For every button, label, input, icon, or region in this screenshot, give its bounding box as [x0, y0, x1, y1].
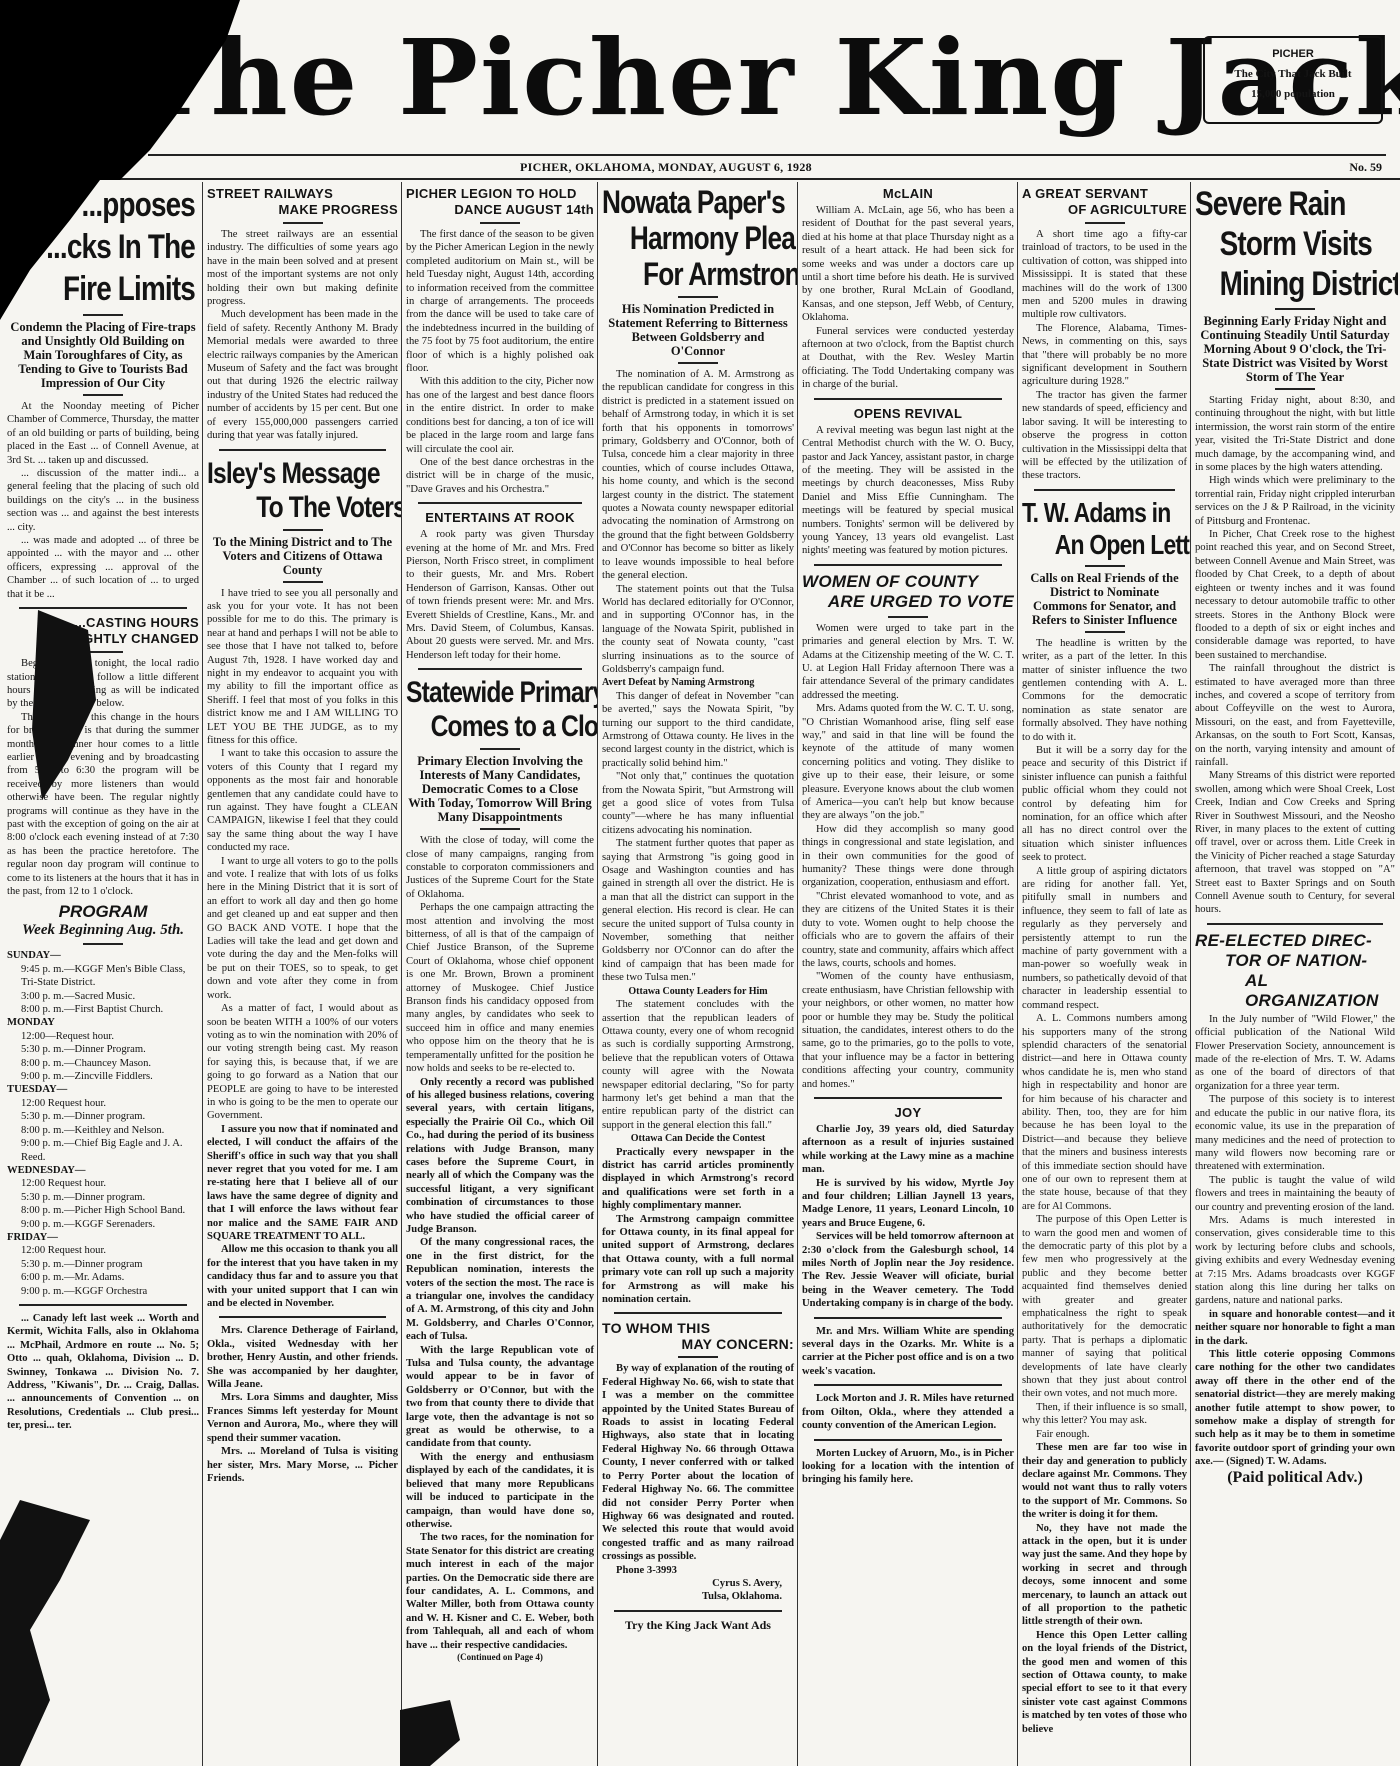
- headline-reelected: RE-ELECTED DIREC- TOR OF NATION- AL ORGA…: [1195, 931, 1395, 1011]
- divider: [814, 1317, 1002, 1319]
- program-day: WEDNESDAY—: [7, 1164, 199, 1177]
- article-canady: ... Canady left last week ... Worth and …: [7, 1312, 199, 1433]
- personals: Mrs. Clarence Detherage of Fairland, Okl…: [207, 1324, 398, 1485]
- divider: [19, 607, 187, 609]
- deck-adams-letter: Calls on Real Friends of the District to…: [1024, 571, 1185, 627]
- divider: [814, 1097, 1002, 1099]
- divider: [814, 1384, 1002, 1386]
- program-event: 5:30 p. m.—Dinner Program.: [7, 1043, 199, 1056]
- dateline: PICHER, OKLAHOMA, MONDAY, AUGUST 6, 1928: [520, 160, 812, 175]
- headline-to-whom: TO WHOM THIS MAY CONCERN:: [602, 1320, 794, 1352]
- program-subtitle: Week Beginning Aug. 5th.: [7, 921, 199, 939]
- article-isley: I have tried to see you all personally a…: [207, 587, 398, 1311]
- article-revival: A revival meeting was begun last night a…: [802, 424, 1014, 558]
- column-rule: [797, 182, 798, 1766]
- program-event: 9:00 p. m.—KGGF Orchestra: [7, 1285, 199, 1298]
- column-rule: [401, 182, 402, 1766]
- headline-legion-dance: PICHER LEGION TO HOLD DANCE AUGUST 14th: [406, 186, 594, 218]
- program-event: 9:45 p. m.—KGGF Men's Bible Class, Tri-S…: [7, 963, 199, 990]
- headline-mclain: McLAIN: [802, 186, 1014, 202]
- newspaper-page: The Picher King Jack PICHER The City Tha…: [0, 0, 1400, 1766]
- divider: [1085, 631, 1125, 633]
- divider: [1275, 388, 1315, 390]
- divider: [83, 314, 123, 316]
- program-event: 12:00 Request hour.: [7, 1244, 199, 1257]
- column-rule: [1017, 182, 1018, 1766]
- ear-slogan: The City That Jack Built: [1205, 64, 1381, 84]
- headline-revival: OPENS REVIVAL: [802, 406, 1014, 422]
- divider: [678, 296, 718, 298]
- article-nowata: The nomination of A. M. Armstrong as the…: [602, 368, 794, 1306]
- article-to-whom: By way of explanation of the routing of …: [602, 1362, 794, 1603]
- divider: [480, 222, 520, 224]
- want-ads-promo: Try the King Jack Want Ads: [602, 1618, 794, 1633]
- program-event: 3:00 p. m.—Sacred Music.: [7, 990, 199, 1003]
- article-rook: A rook party was given Thursday evening …: [406, 528, 594, 662]
- article-legion-dance: The first dance of the season to be give…: [406, 228, 594, 496]
- headline-women-vote: WOMEN OF COUNTY ARE URGED TO VOTE: [802, 572, 1014, 612]
- program-event: 8:00 p. m.—First Baptist Church.: [7, 1003, 199, 1016]
- divider: [480, 748, 520, 750]
- divider: [1207, 923, 1383, 925]
- divider: [614, 1312, 782, 1314]
- program-event: 9:00 p. m.—Zincville Fiddlers.: [7, 1070, 199, 1083]
- deck-fire-limits: Condemn the Placing of Fire-traps and Un…: [9, 320, 197, 390]
- article-women-vote: Women were urged to take part in the pri…: [802, 622, 1014, 1091]
- divider: [1085, 222, 1125, 224]
- article-reelected: In the July number of "Wild Flower," the…: [1195, 1013, 1395, 1469]
- top-rule: [0, 178, 1400, 180]
- brief-luckey: Morten Luckey of Aruorn, Mo., is in Pich…: [802, 1447, 1014, 1487]
- article-mclain: William A. McLain, age 56, who has been …: [802, 204, 1014, 392]
- column-rule: [597, 182, 598, 1766]
- program-event: 8:00 p. m.—Keithley and Nelson.: [7, 1124, 199, 1137]
- program-event: 12:00 Request hour.: [7, 1097, 199, 1110]
- article-fire-limits: At the Noonday meeting of Picher Chamber…: [7, 400, 199, 601]
- program-event: 6:00 p. m.—Mr. Adams.: [7, 1271, 199, 1284]
- paid-adv-note: (Paid political Adv.): [1195, 1469, 1395, 1487]
- divider: [283, 529, 323, 531]
- headline-broadcasting-hours: ...CASTING HOURS SLIGHTLY CHANGED: [7, 615, 199, 647]
- divider: [283, 222, 323, 224]
- divider: [418, 668, 582, 670]
- divider: [219, 1316, 386, 1318]
- headline-isley: Isley's Message To The Voters: [207, 457, 364, 525]
- headline-adams-letter: T. W. Adams in An Open Letter: [1022, 497, 1157, 561]
- divider: [614, 1610, 782, 1612]
- divider: [814, 564, 1002, 566]
- program-day: SUNDAY—: [7, 949, 199, 962]
- program-event: 9:00 p. m.—Chief Big Eagle and J. A. Ree…: [7, 1137, 199, 1164]
- deck-statewide-primary: Primary Election Involving the Interests…: [408, 754, 592, 824]
- program-event: 5:30 p. m.—Dinner program.: [7, 1110, 199, 1123]
- headline-rain-storm: Severe Rain Storm Visits Mining District: [1195, 184, 1359, 304]
- ear-population: 15,000 population: [1205, 84, 1381, 104]
- divider: [888, 616, 928, 618]
- article-street-railways: The street railways are an essential ind…: [207, 228, 398, 443]
- headline-joy: JOY: [802, 1105, 1014, 1121]
- program-day: TUESDAY—: [7, 1083, 199, 1096]
- column-6: A GREAT SERVANT OF AGRICULTURE A short t…: [1019, 182, 1190, 1766]
- column-rule: [1190, 182, 1191, 1766]
- program-event: 9:00 p. m.—KGGF Serenaders.: [7, 1218, 199, 1231]
- ear-title: PICHER: [1205, 44, 1381, 64]
- program-event: 5:30 p. m.—Dinner program.: [7, 1191, 199, 1204]
- program-day: FRIDAY—: [7, 1231, 199, 1244]
- continued-note: (Continued on Page 4): [406, 1652, 594, 1662]
- deck-isley: To the Mining District and to The Voters…: [209, 535, 396, 577]
- divider: [83, 394, 123, 396]
- divider: [219, 449, 386, 451]
- column-rule: [202, 182, 203, 1766]
- article-statewide-primary: With the close of today, will come the c…: [406, 834, 594, 1652]
- headline-rook: ENTERTAINS AT ROOK: [406, 510, 594, 526]
- nameplate: The Picher King Jack: [130, 18, 1191, 138]
- divider: [814, 1439, 1002, 1441]
- headline-statewide-primary: Statewide Primary Comes to a Close: [406, 676, 560, 744]
- program-title: PROGRAM: [7, 902, 199, 921]
- dateline-rule: [148, 154, 1386, 156]
- program-event: 5:30 p. m.—Dinner program: [7, 1258, 199, 1271]
- divider: [678, 362, 718, 364]
- article-joy: Charlie Joy, 39 years old, died Saturday…: [802, 1123, 1014, 1311]
- article-rain-storm: Starting Friday night, about 8:30, and c…: [1195, 394, 1395, 917]
- ear-box: PICHER The City That Jack Built 15,000 p…: [1203, 36, 1383, 124]
- program-event: 12:00 Request hour.: [7, 1177, 199, 1190]
- article-adams-letter: The headline is written by the writer, a…: [1022, 637, 1187, 1736]
- divider: [678, 1356, 718, 1358]
- program-schedule: SUNDAY—9:45 p. m.—KGGF Men's Bible Class…: [7, 949, 199, 1298]
- divider: [83, 943, 123, 945]
- divider: [1275, 308, 1315, 310]
- program-day: MONDAY: [7, 1016, 199, 1029]
- brief-white: Mr. and Mrs. William White are spending …: [802, 1325, 1014, 1379]
- deck-rain-storm: Beginning Early Friday Night and Continu…: [1197, 314, 1393, 384]
- deck-nowata: His Nomination Predicted in Statement Re…: [604, 302, 792, 358]
- issue-number: No. 59: [1349, 160, 1382, 175]
- program-event: 12:00—Request hour.: [7, 1030, 199, 1043]
- column-2: STREET RAILWAYS MAKE PROGRESS The street…: [204, 182, 401, 1766]
- divider: [814, 398, 1002, 400]
- column-7: Severe Rain Storm Visits Mining District…: [1192, 182, 1398, 1766]
- dateline-bar: PICHER, OKLAHOMA, MONDAY, AUGUST 6, 1928…: [0, 158, 1400, 176]
- headline-nowata: Nowata Paper's Harmony Plea For Armstron…: [602, 184, 759, 292]
- divider: [19, 1304, 187, 1306]
- headline-agriculture: A GREAT SERVANT OF AGRICULTURE: [1022, 186, 1187, 218]
- program-event: 8:00 p. m.—Picher High School Band.: [7, 1204, 199, 1217]
- column-5: McLAIN William A. McLain, age 56, who ha…: [799, 182, 1017, 1766]
- brief-morton: Lock Morton and J. R. Miles have returne…: [802, 1392, 1014, 1432]
- program-event: 8:00 p. m.—Chauncey Mason.: [7, 1057, 199, 1070]
- divider: [418, 502, 582, 504]
- divider: [1085, 565, 1125, 567]
- divider: [1034, 489, 1175, 491]
- column-4: Nowata Paper's Harmony Plea For Armstron…: [599, 182, 797, 1766]
- divider: [283, 581, 323, 583]
- article-agriculture: A short time ago a fifty-car trainload o…: [1022, 228, 1187, 483]
- headline-street-railways: STREET RAILWAYS MAKE PROGRESS: [207, 186, 398, 218]
- column-3: PICHER LEGION TO HOLD DANCE AUGUST 14th …: [403, 182, 597, 1766]
- divider: [480, 828, 520, 830]
